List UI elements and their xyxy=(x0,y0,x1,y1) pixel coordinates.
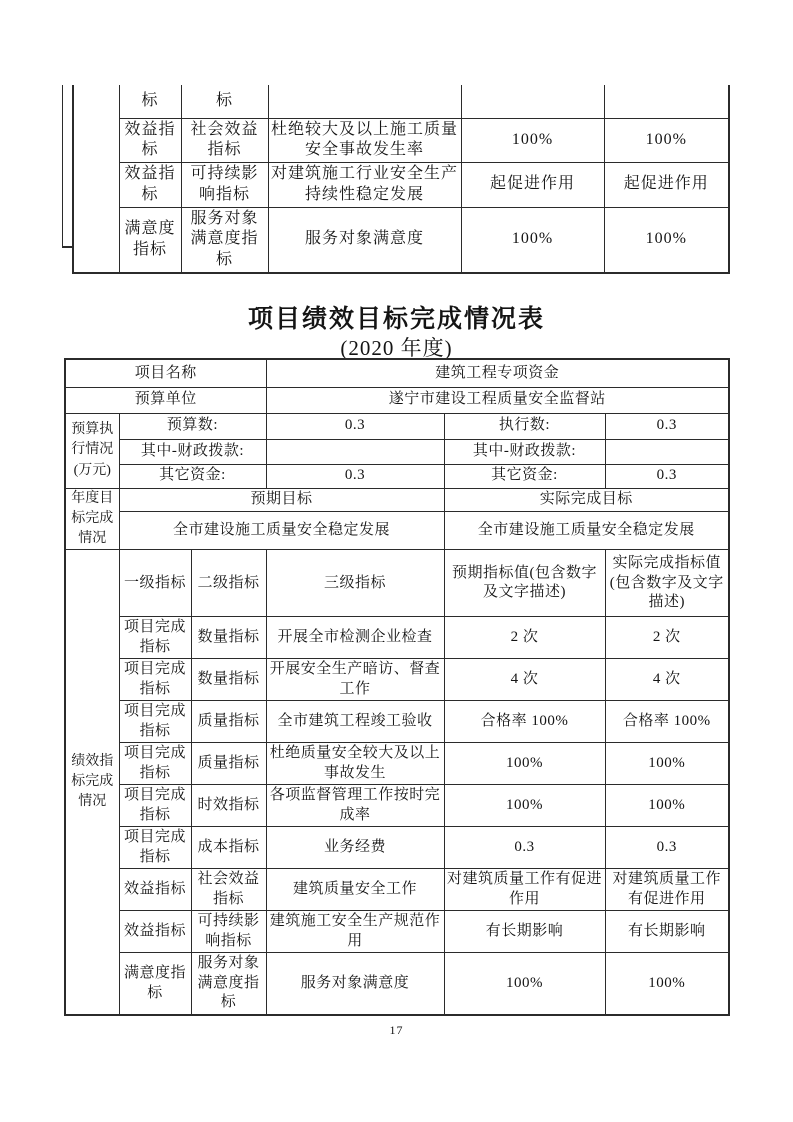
cell: 杜绝较大及以上施工质量安全事故发生率 xyxy=(268,118,461,163)
budget-value: 0.3 xyxy=(266,413,444,439)
cell: 效益指标 xyxy=(119,118,181,163)
perf-cell: 对建筑质量工作有促进作用 xyxy=(444,869,605,911)
table-row: 其中-财政拨款: 其中-财政拨款: xyxy=(65,439,729,464)
perf-cell: 全市建筑工程竣工验收 xyxy=(266,701,444,743)
perf-cell: 满意度指标 xyxy=(119,953,191,1015)
cell xyxy=(604,85,729,118)
cell: 服务对象满意度 xyxy=(268,207,461,273)
table-row: 满意度指标 服务对象满意度指标 服务对象满意度 100% 100% xyxy=(73,207,729,273)
budget-unit-value: 遂宁市建设工程质量安全监督站 xyxy=(266,387,729,413)
cell: 可持续影响指标 xyxy=(181,163,268,208)
expected-goal-value: 全市建设施工质量安全稳定发展 xyxy=(119,511,444,550)
perf-cell: 质量指标 xyxy=(191,701,266,743)
budget-value: 0.3 xyxy=(266,464,444,488)
perf-cell: 可持续影响指标 xyxy=(191,911,266,953)
cell: 社会效益指标 xyxy=(181,118,268,163)
table-row: 其它资金: 0.3 其它资金: 0.3 xyxy=(65,464,729,488)
perf-cell: 100% xyxy=(444,785,605,827)
perf-cell: 0.3 xyxy=(605,827,729,869)
cell: 满意度指标 xyxy=(119,207,181,273)
budget-label: 预算数: xyxy=(119,413,266,439)
perf-cell: 开展全市检测企业检查 xyxy=(266,617,444,659)
perf-cell: 成本指标 xyxy=(191,827,266,869)
perf-cell: 2 次 xyxy=(605,617,729,659)
budget-label: 执行数: xyxy=(444,413,605,439)
perf-cell: 项目完成指标 xyxy=(119,701,191,743)
cell: 效益指标 xyxy=(119,163,181,208)
perf-cell: 社会效益指标 xyxy=(191,869,266,911)
perf-cell: 各项监督管理工作按时完成率 xyxy=(266,785,444,827)
annual-goal-section-label: 年度目标完成情况 xyxy=(65,488,119,550)
table-row: 项目完成指标 数量指标 开展全市检测企业检查 2 次 2 次 xyxy=(65,617,729,659)
perf-cell: 有长期影响 xyxy=(444,911,605,953)
cell: 起促进作用 xyxy=(604,163,729,208)
table-row: 项目完成指标 质量指标 全市建筑工程竣工验收 合格率 100% 合格率 100% xyxy=(65,701,729,743)
budget-value xyxy=(266,439,444,464)
table-row: 预算单位 遂宁市建设工程质量安全监督站 xyxy=(65,387,729,413)
continued-performance-table: 标 标 效益指标 社会效益指标 杜绝较大及以上施工质量安全事故发生率 100% … xyxy=(72,85,730,274)
perf-cell: 杜绝质量安全较大及以上事故发生 xyxy=(266,743,444,785)
perf-cell: 有长期影响 xyxy=(605,911,729,953)
perf-cell: 0.3 xyxy=(444,827,605,869)
perf-cell: 合格率 100% xyxy=(605,701,729,743)
table-row: 预算执行情况(万元) 预算数: 0.3 执行数: 0.3 xyxy=(65,413,729,439)
perf-header: 二级指标 xyxy=(191,550,266,617)
perf-cell: 服务对象满意度 xyxy=(266,953,444,1015)
table-row: 效益指标 社会效益指标 杜绝较大及以上施工质量安全事故发生率 100% 100% xyxy=(73,118,729,163)
table-row: 项目完成指标 数量指标 开展安全生产暗访、督查工作 4 次 4 次 xyxy=(65,659,729,701)
cell: 100% xyxy=(604,207,729,273)
perf-cell: 建筑质量安全工作 xyxy=(266,869,444,911)
perf-cell: 质量指标 xyxy=(191,743,266,785)
table-row: 项目名称 建筑工程专项资金 xyxy=(65,359,729,387)
table-row: 项目完成指标 质量指标 杜绝质量安全较大及以上事故发生 100% 100% xyxy=(65,743,729,785)
cell: 服务对象满意度指标 xyxy=(181,207,268,273)
perf-cell: 建筑施工安全生产规范作用 xyxy=(266,911,444,953)
performance-section-label: 绩效指标完成情况 xyxy=(65,550,119,1015)
project-name-value: 建筑工程专项资金 xyxy=(266,359,729,387)
continued-section-cell xyxy=(73,85,119,273)
table-row: 项目完成指标 时效指标 各项监督管理工作按时完成率 100% 100% xyxy=(65,785,729,827)
page-title: 项目绩效目标完成情况表 xyxy=(0,299,793,335)
budget-label: 其它资金: xyxy=(444,464,605,488)
table-row: 满意度指标 服务对象满意度指标 服务对象满意度 100% 100% xyxy=(65,953,729,1015)
perf-cell: 4 次 xyxy=(444,659,605,701)
perf-cell: 数量指标 xyxy=(191,617,266,659)
cell xyxy=(268,85,461,118)
perf-cell: 项目完成指标 xyxy=(119,785,191,827)
main-performance-table: 项目名称 建筑工程专项资金 预算单位 遂宁市建设工程质量安全监督站 预算执行情况… xyxy=(64,358,730,1016)
perf-cell: 数量指标 xyxy=(191,659,266,701)
document-page: 标 标 效益指标 社会效益指标 杜绝较大及以上施工质量安全事故发生率 100% … xyxy=(0,0,793,1122)
perf-cell: 合格率 100% xyxy=(444,701,605,743)
table-row: 项目完成指标 成本指标 业务经费 0.3 0.3 xyxy=(65,827,729,869)
perf-cell: 项目完成指标 xyxy=(119,743,191,785)
perf-cell: 100% xyxy=(605,953,729,1015)
budget-label: 其它资金: xyxy=(119,464,266,488)
perf-cell: 效益指标 xyxy=(119,869,191,911)
actual-goal-header: 实际完成目标 xyxy=(444,488,729,511)
budget-unit-label: 预算单位 xyxy=(65,387,266,413)
perf-cell: 对建筑质量工作有促进作用 xyxy=(605,869,729,911)
perf-cell: 100% xyxy=(605,743,729,785)
perf-cell: 项目完成指标 xyxy=(119,827,191,869)
cell: 起促进作用 xyxy=(461,163,604,208)
perf-header: 预期指标值(包含数字及文字描述) xyxy=(444,550,605,617)
perf-cell: 100% xyxy=(605,785,729,827)
table-row: 效益指标 可持续影响指标 对建筑施工行业安全生产持续性稳定发展 起促进作用 起促… xyxy=(73,163,729,208)
budget-section-label: 预算执行情况(万元) xyxy=(65,413,119,488)
table-row: 标 标 xyxy=(73,85,729,118)
cell: 标 xyxy=(181,85,268,118)
cell: 对建筑施工行业安全生产持续性稳定发展 xyxy=(268,163,461,208)
cell: 100% xyxy=(461,118,604,163)
table-row: 绩效指标完成情况 一级指标 二级指标 三级指标 预期指标值(包含数字及文字描述)… xyxy=(65,550,729,617)
budget-label: 其中-财政拨款: xyxy=(444,439,605,464)
cell: 100% xyxy=(461,207,604,273)
perf-cell: 时效指标 xyxy=(191,785,266,827)
project-name-label: 项目名称 xyxy=(65,359,266,387)
perf-header: 三级指标 xyxy=(266,550,444,617)
perf-cell: 服务对象满意度指标 xyxy=(191,953,266,1015)
perf-cell: 项目完成指标 xyxy=(119,617,191,659)
table-row: 全市建设施工质量安全稳定发展 全市建设施工质量安全稳定发展 xyxy=(65,511,729,550)
perf-cell: 项目完成指标 xyxy=(119,659,191,701)
perf-cell: 业务经费 xyxy=(266,827,444,869)
expected-goal-header: 预期目标 xyxy=(119,488,444,511)
table-row: 年度目标完成情况 预期目标 实际完成目标 xyxy=(65,488,729,511)
perf-cell: 4 次 xyxy=(605,659,729,701)
budget-label: 其中-财政拨款: xyxy=(119,439,266,464)
table-row: 效益指标 社会效益指标 建筑质量安全工作 对建筑质量工作有促进作用 对建筑质量工… xyxy=(65,869,729,911)
cell: 标 xyxy=(119,85,181,118)
perf-cell: 2 次 xyxy=(444,617,605,659)
budget-value: 0.3 xyxy=(605,464,729,488)
perf-cell: 100% xyxy=(444,953,605,1015)
cell: 100% xyxy=(604,118,729,163)
perf-header: 一级指标 xyxy=(119,550,191,617)
perf-cell: 开展安全生产暗访、督查工作 xyxy=(266,659,444,701)
budget-value: 0.3 xyxy=(605,413,729,439)
cell xyxy=(461,85,604,118)
perf-cell: 效益指标 xyxy=(119,911,191,953)
table-row: 效益指标 可持续影响指标 建筑施工安全生产规范作用 有长期影响 有长期影响 xyxy=(65,911,729,953)
budget-value xyxy=(605,439,729,464)
page-number: 17 xyxy=(0,1023,793,1038)
actual-goal-value: 全市建设施工质量安全稳定发展 xyxy=(444,511,729,550)
perf-cell: 100% xyxy=(444,743,605,785)
perf-header: 实际完成指标值(包含数字及文字描述) xyxy=(605,550,729,617)
